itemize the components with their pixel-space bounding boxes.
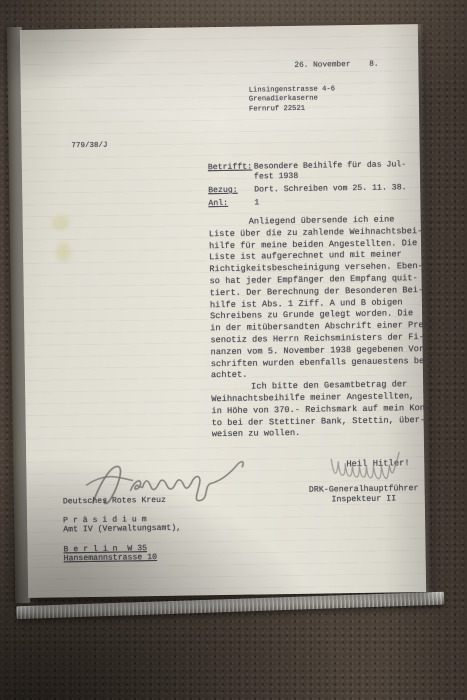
- bezug-label: Bezug:: [208, 186, 254, 197]
- subject-row-betrifft: Betrifft: Besondere Beihilfe für das Jul…: [208, 160, 444, 183]
- anl-text: 1: [254, 198, 259, 208]
- plastic-sleeve: 26. November 8. Linsingenstrasse 4-6 Gre…: [20, 24, 426, 598]
- anl-label: Anl:: [208, 199, 254, 210]
- sender-address: Linsingenstrasse 4-6 Grenadierkaserne Fe…: [249, 85, 336, 114]
- photo-of-letter: 26. November 8. Linsingenstrasse 4-6 Gre…: [0, 0, 467, 700]
- letter-body: Anliegend übersende ich eine Liste über …: [209, 214, 448, 442]
- letter-paper: 26. November 8. Linsingenstrasse 4-6 Gre…: [20, 24, 426, 598]
- recipient-org: Deutsches Rotes Kreuz: [63, 496, 181, 507]
- subject-row-bezug: Bezug: Dort. Schreiben vom 25. 11. 38.: [208, 183, 444, 196]
- margin-smudge: [52, 215, 70, 230]
- reference-number: 779/38/J: [71, 142, 107, 151]
- subject-block: Betrifft: Besondere Beihilfe für das Jul…: [208, 160, 445, 209]
- recipient-address: Deutsches Rotes Kreuz P r ä s i d i u m …: [63, 496, 182, 565]
- betrifft-label: Betrifft:: [208, 163, 254, 184]
- recipient-street: Hansemannstrasse 10: [64, 553, 182, 564]
- bezug-text: Dort. Schreiben vom 25. 11. 38.: [254, 183, 406, 195]
- pencil-signature-icon: [328, 450, 402, 481]
- body-line: weisen zu wollen.: [212, 426, 448, 441]
- date-line: 26. November 8.: [294, 61, 378, 70]
- betrifft-text-line2: fest 1938: [254, 170, 406, 182]
- betrifft-text: Besondere Beihilfe für das Jul- fest 193…: [254, 160, 407, 182]
- subject-row-anl: Anl: 1: [208, 196, 444, 209]
- margin-smudge: [56, 242, 71, 262]
- recipient-amt: Amt IV (Verwaltungsamt),: [63, 524, 181, 535]
- signature-block: DRK-Generalhauptführer Inspekteur II: [289, 484, 439, 506]
- sender-phone: Fernruf 22521: [249, 104, 335, 115]
